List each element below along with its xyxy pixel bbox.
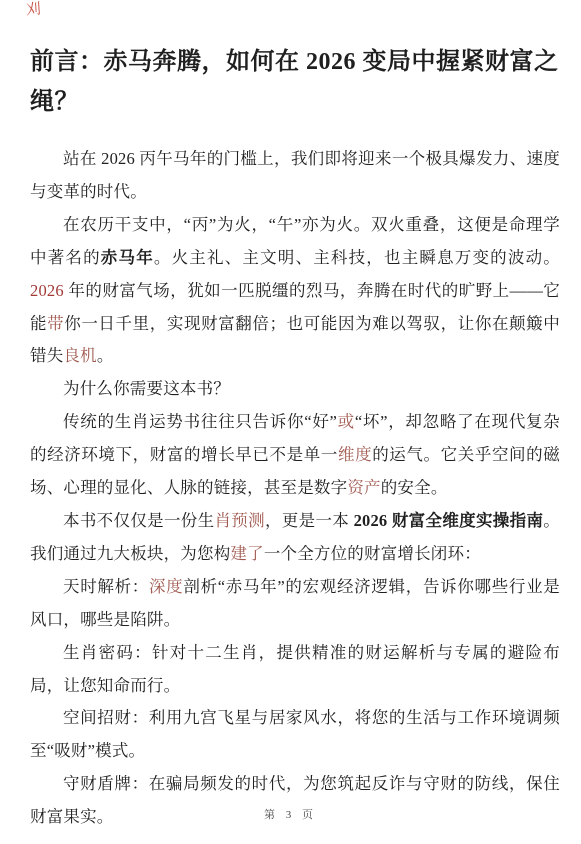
text-segment: 2026 财富全维度实操指南 (354, 511, 544, 530)
paragraph-4: 传统的生肖运势书往往只告诉你“好”或“坏”，却忽略了在现代复杂的经济环境下，财富… (30, 406, 560, 505)
paragraph-6: 天时解析：深度剖析“赤马年”的宏观经济逻辑，告诉你哪些行业是风口，哪些是陷阱。 (30, 571, 560, 637)
text-segment: 一个全方位的财富增长闭环： (264, 544, 481, 563)
text-segment: 本书不仅仅是一份生 (63, 511, 214, 530)
text-segment: 。 (97, 346, 114, 365)
paragraph-3: 为什么你需要这本书？ (30, 373, 560, 406)
paragraph-8: 空间招财：利用九宫飞星与居家风水，将您的生活与工作环境调频至“吸财”模式。 (30, 702, 560, 768)
paragraph-2: 在农历干支中，“丙”为火，“午”亦为火。双火重叠，这便是命理学中著名的赤马年。火… (30, 209, 560, 374)
page-title-line-1: 前言：赤马奔腾，如何在 2026 变局中握紧财富之 (30, 42, 560, 82)
page-title-line-2: 绳？ (30, 82, 560, 122)
text-segment: 空间招财：利用九宫飞星与居家风水，将您的生活与工作环境调频至“吸财”模式。 (30, 708, 560, 760)
text-segment: ，更是一本 (265, 511, 354, 530)
text-segment: 的安全。 (381, 478, 448, 497)
page-content: 前言：赤马奔腾，如何在 2026 变局中握紧财富之 绳？ 站在 2026 丙午马… (0, 0, 581, 834)
body-text: 站在 2026 丙午马年的门槛上，我们即将迎来一个极具爆发力、速度与变革的时代。… (30, 143, 560, 834)
red-annotation-mark: 刈 (25, 2, 41, 18)
text-segment: 赤马年 (101, 248, 154, 267)
text-segment: 深度 (149, 577, 183, 596)
text-segment: 。火主礼、主文明、主科技，也主瞬息万变的波动。 (154, 248, 560, 267)
text-segment: 2026 (30, 281, 64, 300)
text-segment: 站在 2026 丙午马年的门槛上，我们即将迎来一个极具爆发力、速度与变革的时代。 (30, 149, 560, 201)
text-segment: 为什么你需要这本书？ (63, 379, 230, 398)
text-segment: 带 (47, 314, 64, 333)
text-segment: 资产 (347, 478, 380, 497)
text-segment: 维度 (338, 445, 372, 464)
text-segment: 传统的生肖运势书往往只告诉你“好” (63, 412, 337, 431)
paragraph-7: 生肖密码：针对十二生肖，提供精准的财运解析与专属的避险布局，让您知命而行。 (30, 637, 560, 703)
text-segment: 建了 (230, 544, 263, 563)
paragraph-5: 本书不仅仅是一份生肖预测，更是一本 2026 财富全维度实操指南。我们通过九大板… (30, 505, 560, 571)
text-segment: 肖预测 (214, 511, 265, 530)
page-number: 第 3 页 (0, 806, 581, 822)
page-title: 前言：赤马奔腾，如何在 2026 变局中握紧财富之 绳？ (30, 42, 560, 122)
text-segment: 天时解析： (63, 577, 149, 596)
paragraph-9: 守财盾牌：在骗局频发的时代，为您筑起反诈与守财的防线，保住财富果实。 (30, 768, 560, 834)
text-segment: 生肖密码：针对十二生肖，提供精准的财运解析与专属的避险布局，让您知命而行。 (30, 643, 560, 695)
text-segment: 良机 (63, 346, 96, 365)
paragraph-1: 站在 2026 丙午马年的门槛上，我们即将迎来一个极具爆发力、速度与变革的时代。 (30, 143, 560, 209)
text-segment: 或 (337, 412, 355, 431)
document-page: 刈 前言：赤马奔腾，如何在 2026 变局中握紧财富之 绳？ 站在 2026 丙… (0, 0, 581, 844)
